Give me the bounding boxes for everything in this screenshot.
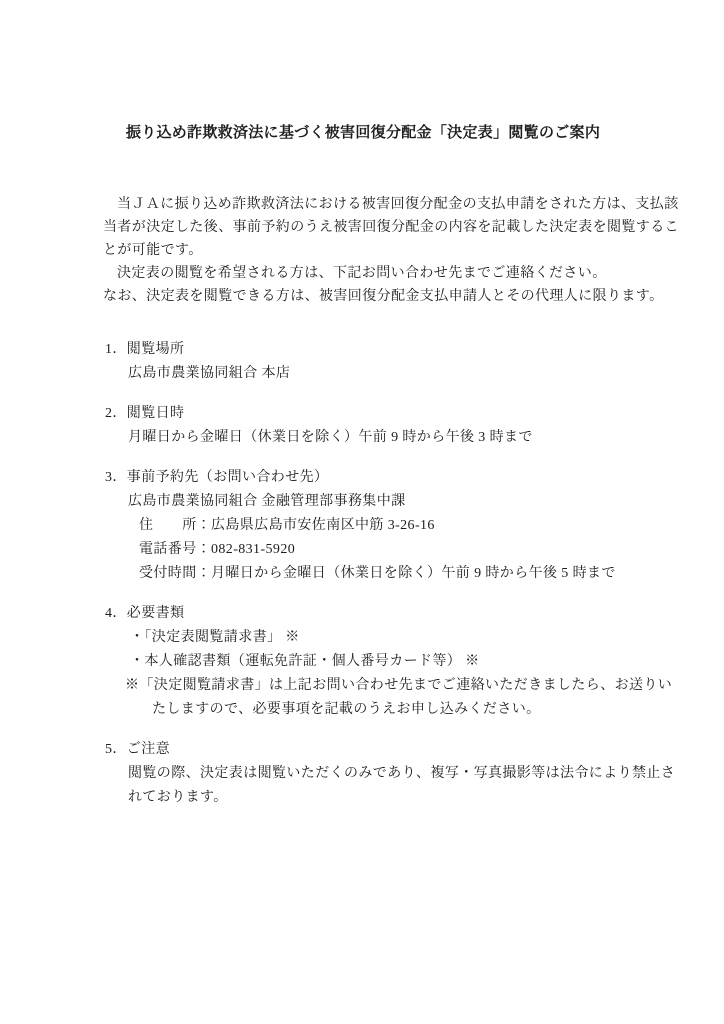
viewing-location-value: 広島市農業協同組合 本店 xyxy=(103,362,623,385)
required-docs-note-line-1: ※「決定閲覧請求書」は上記お問い合わせ先までご連絡いただきましたら、お送りい xyxy=(103,674,623,697)
intro-line-3: とが可能です。 xyxy=(103,239,623,262)
section-reservation-contact: 3．事前予約先（お問い合わせ先） 広島市農業協同組合 金融管理部事務集中課 住 … xyxy=(103,466,623,585)
section-heading-viewing-hours: 2．閲覧日時 xyxy=(103,402,623,425)
document-title: 振り込め詐欺救済法に基づく被害回復分配金「決定表」閲覧のご案内 xyxy=(103,122,623,145)
section-heading-caution: 5．ご注意 xyxy=(103,738,623,761)
viewing-hours-value: 月曜日から金曜日（休業日を除く）午前 9 時から午後 3 時まで xyxy=(103,426,623,449)
contact-address: 住 所：広島県広島市安佐南区中筋 3-26-16 xyxy=(103,514,623,537)
intro-line-2: 当者が決定した後、事前予約のうえ被害回復分配金の内容を記載した決定表を閲覧するこ xyxy=(103,216,623,239)
contact-reception-hours: 受付時間：月曜日から金曜日（休業日を除く）午前 9 時から午後 5 時まで xyxy=(103,562,623,585)
required-doc-identity: ・本人確認書類（運転免許証・個人番号カード等） ※ xyxy=(103,650,623,673)
section-heading-reservation-contact: 3．事前予約先（お問い合わせ先） xyxy=(103,466,623,489)
intro-paragraph: 当ＪＡに振り込め詐欺救済法における被害回復分配金の支払申請をされた方は、支払該 … xyxy=(103,193,623,308)
contact-organization: 広島市農業協同組合 金融管理部事務集中課 xyxy=(103,490,623,513)
intro-line-1: 当ＪＡに振り込め詐欺救済法における被害回復分配金の支払申請をされた方は、支払該 xyxy=(103,193,623,216)
required-docs-note-line-2: たしますので、必要事項を記載のうえお申し込みください。 xyxy=(103,698,623,721)
contact-phone: 電話番号：082-831-5920 xyxy=(103,538,623,561)
caution-line-1: 閲覧の際、決定表は閲覧いただくのみであり、複写・写真撮影等は法令により禁止さ xyxy=(103,762,623,785)
intro-line-4: 決定表の閲覧を希望される方は、下記お問い合わせ先までご連絡ください。 xyxy=(103,262,623,285)
section-caution: 5．ご注意 閲覧の際、決定表は閲覧いただくのみであり、複写・写真撮影等は法令によ… xyxy=(103,738,623,809)
section-viewing-hours: 2．閲覧日時 月曜日から金曜日（休業日を除く）午前 9 時から午後 3 時まで xyxy=(103,402,623,449)
section-heading-required-documents: 4．必要書類 xyxy=(103,602,623,625)
section-viewing-location: 1．閲覧場所 広島市農業協同組合 本店 xyxy=(103,338,623,385)
document-page: 振り込め詐欺救済法に基づく被害回復分配金「決定表」閲覧のご案内 当ＪＡに振り込め… xyxy=(0,0,724,1024)
section-required-documents: 4．必要書類 ・「決定表閲覧請求書」 ※ ・本人確認書類（運転免許証・個人番号カ… xyxy=(103,602,623,721)
caution-line-2: れております。 xyxy=(103,786,623,809)
intro-line-5: なお、決定表を閲覧できる方は、被害回復分配金支払申請人とその代理人に限ります。 xyxy=(103,285,623,308)
required-doc-request-form: ・「決定表閲覧請求書」 ※ xyxy=(103,626,623,649)
section-heading-viewing-location: 1．閲覧場所 xyxy=(103,338,623,361)
